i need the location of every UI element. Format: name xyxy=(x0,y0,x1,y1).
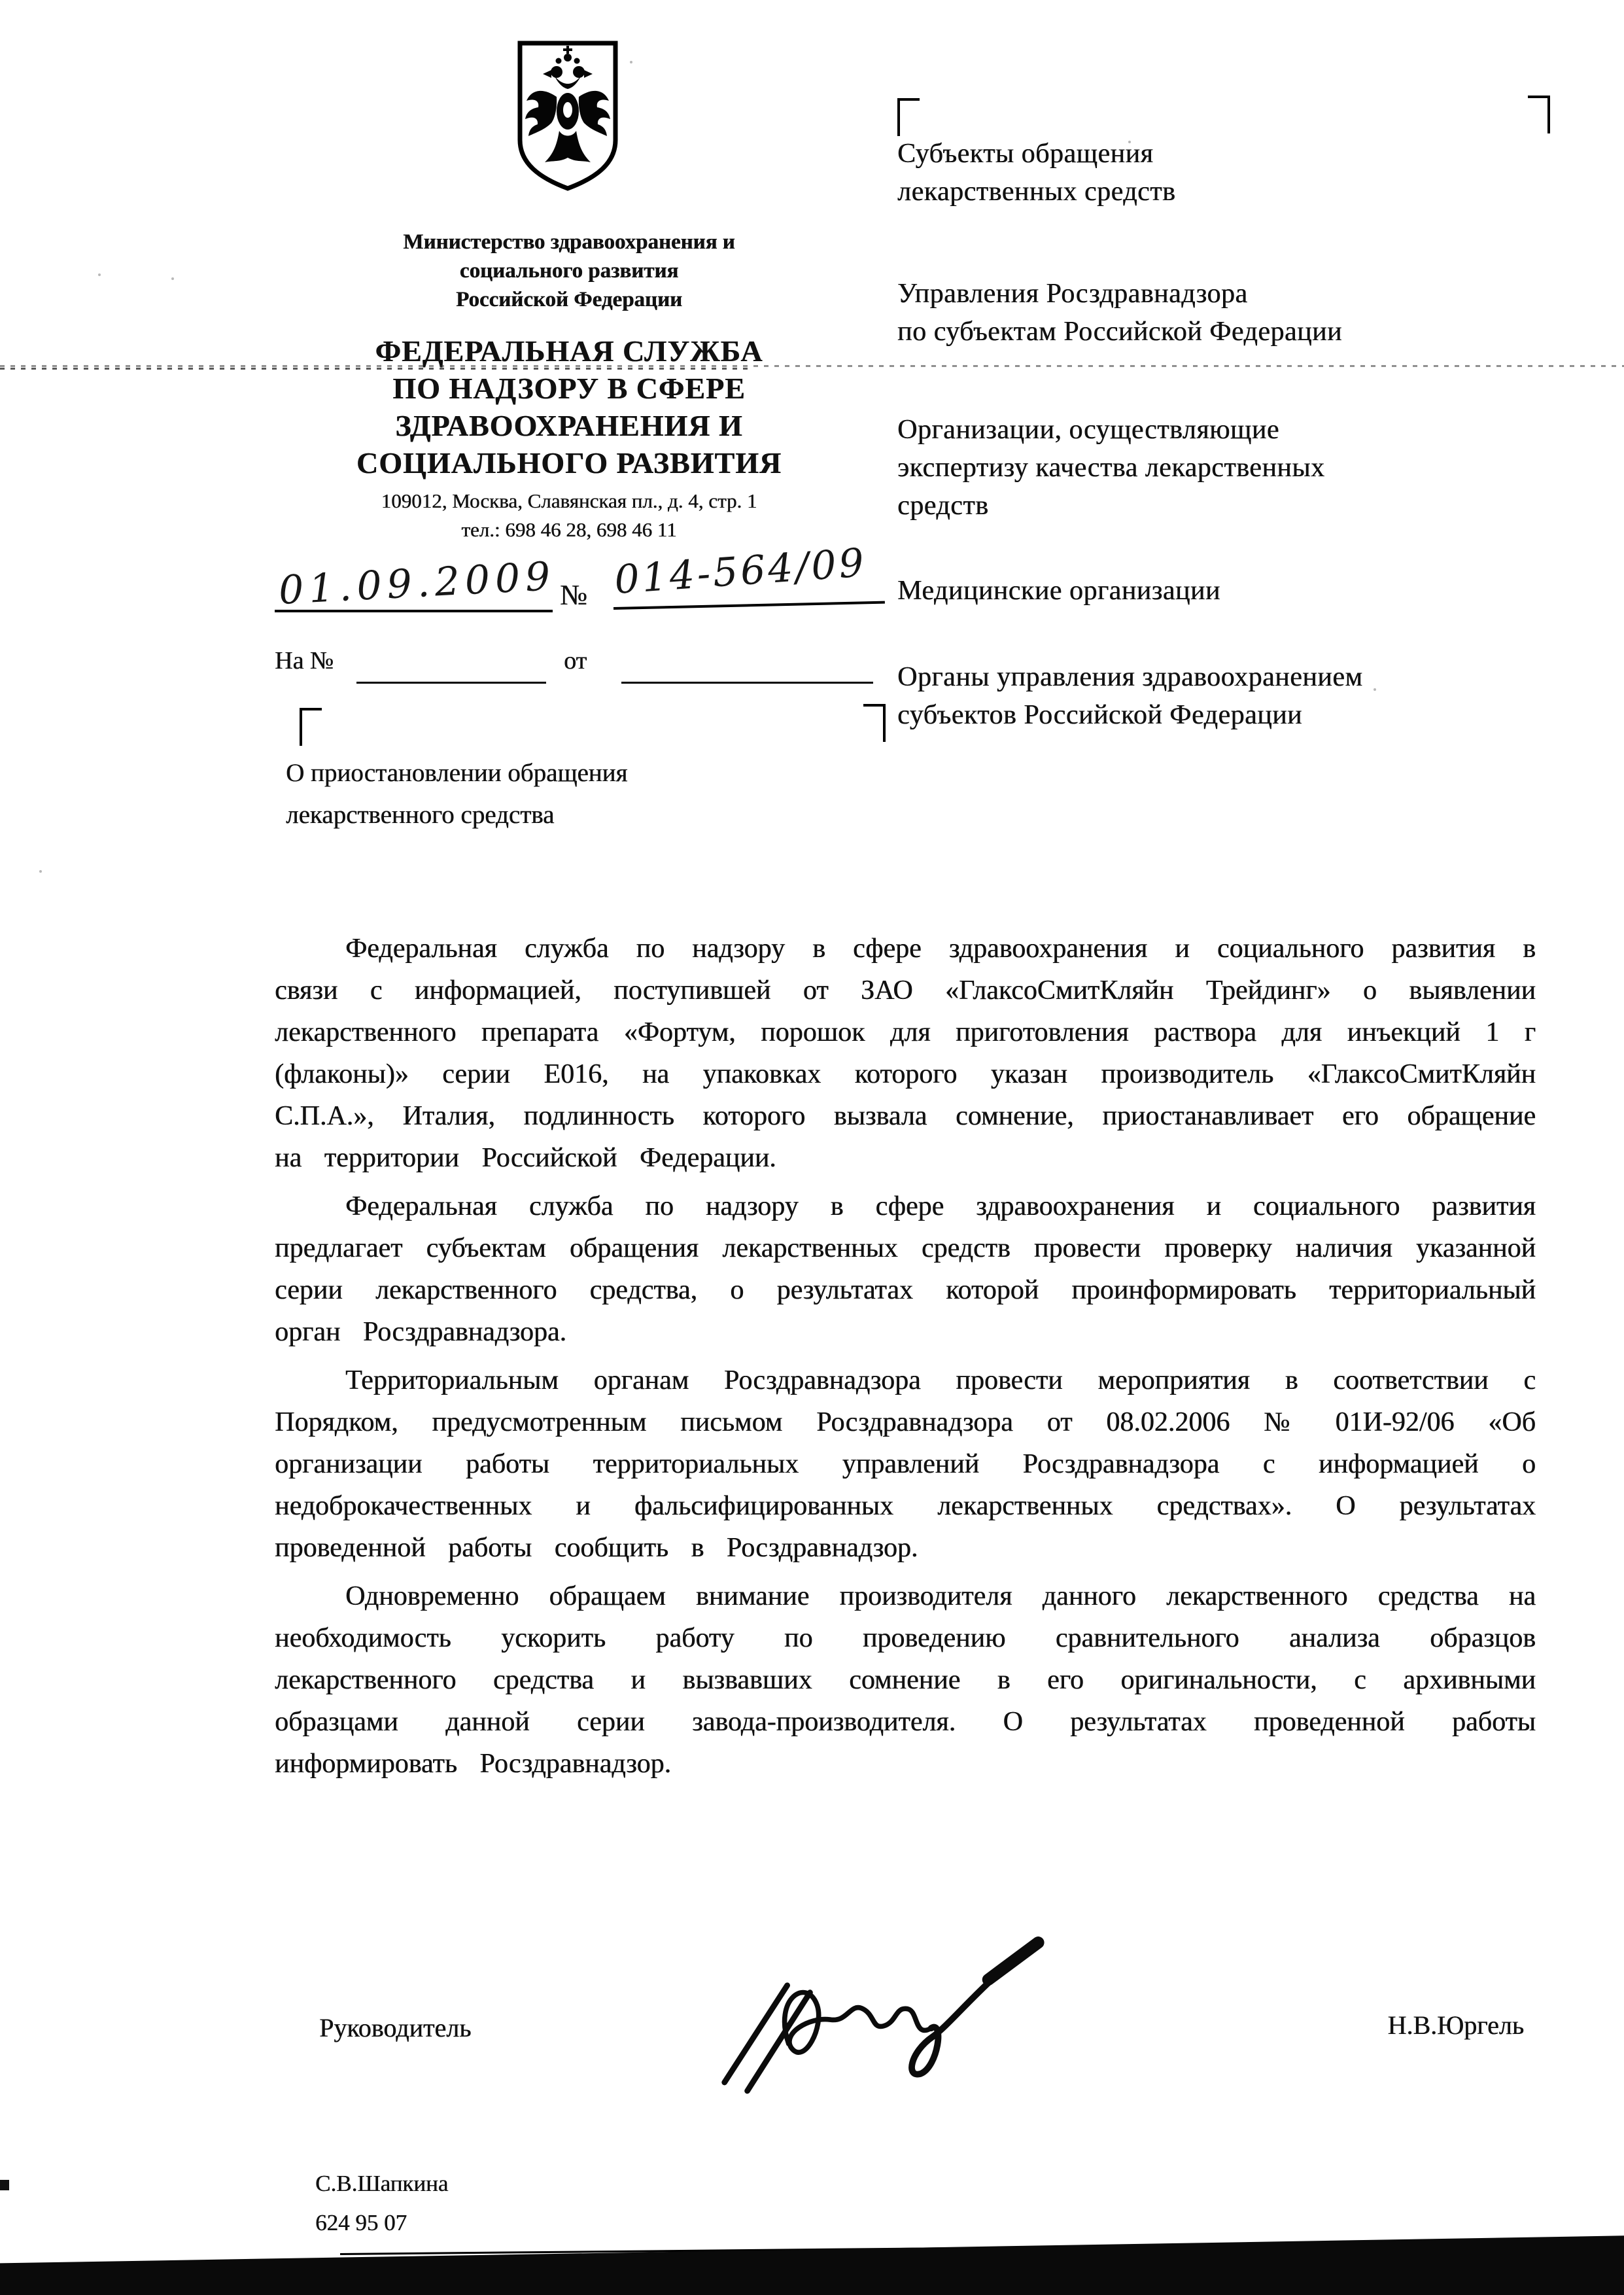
double-headed-eagle xyxy=(525,46,610,162)
executor-name: С.В.Шапкина xyxy=(315,2171,448,2197)
recipient-line: лекарственных средств xyxy=(897,173,1564,211)
scan-speck xyxy=(39,870,42,873)
service-name-line: ПО НАДЗОРУ В СФЕРЕ xyxy=(275,370,863,407)
recipient-corner-right-icon xyxy=(1528,96,1550,133)
outgoing-date-handwritten: 01.09.2009 xyxy=(277,553,557,614)
signature-scribble xyxy=(703,1929,1060,2102)
recipient-item: Субъекты обращения лекарственных средств xyxy=(897,135,1564,211)
service-name-line: СОЦИАЛЬНОГО РАЗВИТИЯ xyxy=(275,444,863,482)
recipient-line: экспертизу качества лекарственных xyxy=(897,449,1564,487)
executor-phone: 624 95 07 xyxy=(315,2210,407,2236)
recipient-line: Органы управления здравоохранением xyxy=(897,658,1564,696)
letter-subject-line: лекарственного средства xyxy=(286,794,874,836)
scan-artifact-dotted-line xyxy=(0,368,752,370)
letterhead-address: 109012, Москва, Славянская пл., д. 4, ст… xyxy=(275,489,863,513)
letter-subject: О приостановлении обращения лекарственно… xyxy=(286,752,874,836)
recipient-item: Медицинские организации xyxy=(897,572,1564,610)
ministry-name: Министерство здравоохранения и социально… xyxy=(275,228,863,314)
scan-speck xyxy=(171,277,174,280)
body-paragraph-3: Территориальным органам Росздравнадзора … xyxy=(275,1359,1536,1569)
recipient-line: по субъектам Российской Федерации xyxy=(897,313,1564,351)
number-underline xyxy=(613,601,885,610)
letter-subject-line: О приостановлении обращения xyxy=(286,752,874,794)
letter-body: Федеральная служба по надзору в сфере зд… xyxy=(275,928,1536,1791)
scan-speck xyxy=(1128,141,1131,143)
subject-corner-left-icon xyxy=(300,708,322,746)
reply-number-label: На № xyxy=(275,646,334,675)
ministry-name-line: Министерство здравоохранения и xyxy=(275,228,863,256)
ministry-name-line: Российской Федерации xyxy=(275,285,863,314)
recipient-line: Медицинские организации xyxy=(897,572,1564,610)
recipient-line: средств xyxy=(897,487,1564,525)
recipient-line: субъектов Российской Федерации xyxy=(897,696,1564,734)
recipient-item: Управления Росздравнадзора по субъектам … xyxy=(897,275,1564,351)
service-name: ФЕДЕРАЛЬНАЯ СЛУЖБА ПО НАДЗОРУ В СФЕРЕ ЗД… xyxy=(275,332,863,482)
recipient-line: Организации, осуществляющие xyxy=(897,411,1564,449)
scan-speck xyxy=(98,273,101,276)
signer-title: Руководитель xyxy=(319,2012,471,2043)
recipient-line: Управления Росздравнадзора xyxy=(897,275,1564,313)
signer-name: Н.В.Юргель xyxy=(1275,2010,1524,2041)
scanned-letter-page: Министерство здравоохранения и социально… xyxy=(0,0,1624,2295)
body-paragraph-2: Федеральная служба по надзору в сфере зд… xyxy=(275,1185,1536,1353)
scan-speck xyxy=(1373,688,1376,691)
body-paragraph-1: Федеральная служба по надзору в сфере зд… xyxy=(275,928,1536,1179)
scan-speck xyxy=(630,61,632,63)
service-name-line: ФЕДЕРАЛЬНАЯ СЛУЖБА xyxy=(275,332,863,370)
reply-number-underline xyxy=(356,682,546,684)
subject-corner-right-icon xyxy=(863,704,886,742)
coat-of-arms-emblem xyxy=(513,38,622,196)
reply-date-underline xyxy=(621,682,873,684)
recipient-item: Органы управления здравоохранением субъе… xyxy=(897,658,1564,734)
recipient-line: Субъекты обращения xyxy=(897,135,1564,173)
recipient-item: Организации, осуществляющие экспертизу к… xyxy=(897,411,1564,525)
ministry-name-line: социального развития xyxy=(275,256,863,285)
recipient-corner-left-icon xyxy=(897,98,920,136)
service-name-line: ЗДРАВООХРАНЕНИЯ И xyxy=(275,407,863,444)
body-paragraph-4: Одновременно обращаем внимание производи… xyxy=(275,1575,1536,1785)
letterhead-phone: тел.: 698 46 28, 698 46 11 xyxy=(275,518,863,542)
scan-artifact-mark xyxy=(0,2180,9,2190)
outgoing-number-handwritten: 014-564/09 xyxy=(613,540,868,603)
reply-from-label: от xyxy=(564,646,587,675)
scan-artifact-dotted-line xyxy=(0,365,1624,367)
scan-artifact-bottom-bar xyxy=(0,2224,1624,2295)
date-underline xyxy=(275,610,553,612)
number-sign-label: № xyxy=(560,578,587,612)
